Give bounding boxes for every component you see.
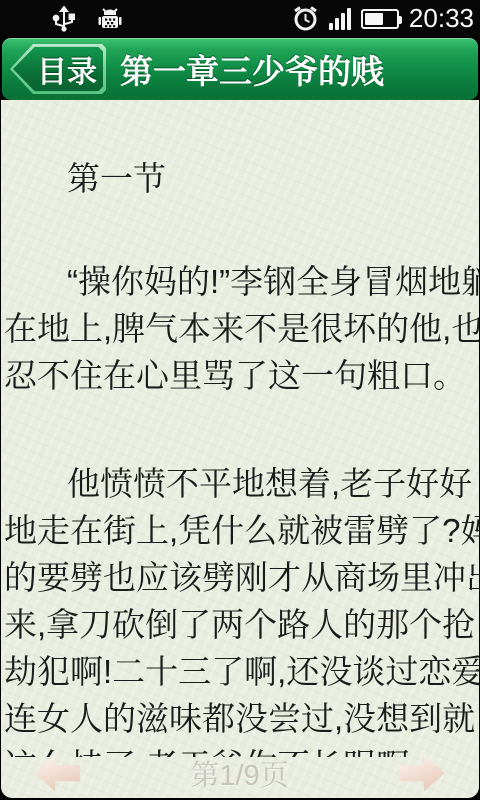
app-header: 目录 第一章三少爷的贱: [2, 38, 478, 100]
battery-fill: [365, 13, 383, 25]
text-line: 地走在街上,凭什么就被雷劈了?妈: [4, 507, 476, 554]
text-line: 连女人的滋味都没尝过,没想到就: [4, 695, 476, 742]
toc-button-label: 目录: [30, 43, 104, 95]
text-line: 他愤愤不平地想着,老子好好: [4, 460, 476, 507]
battery-icon: [361, 9, 399, 29]
text-line: 劫犯啊!二十三了啊,还没谈过恋爱,: [4, 648, 476, 695]
text-line: “操你妈的!”李钢全身冒烟地躺: [4, 258, 476, 305]
text-line: 的要劈也应该劈刚才从商场里冲出: [4, 554, 476, 601]
status-time: 20:33: [409, 3, 474, 34]
reader-page[interactable]: 第一节 “操你妈的!”李钢全身冒烟地躺在地上,脾气本来不是很坏的他,也忍不住在心…: [1, 100, 479, 798]
reader-text: 第一节 “操你妈的!”李钢全身冒烟地躺在地上,脾气本来不是很坏的他,也忍不住在心…: [1, 100, 479, 757]
prev-page-button[interactable]: [34, 755, 80, 792]
toc-back-button[interactable]: 目录: [10, 43, 106, 95]
alarm-clock-icon: [292, 5, 319, 32]
page-indicator: 第1/9页: [80, 753, 399, 794]
next-page-button[interactable]: [399, 755, 445, 792]
arrow-left-icon: [34, 755, 80, 792]
battery-nub: [399, 16, 402, 24]
arrow-right-icon: [399, 755, 445, 792]
section-heading: 第一节: [4, 155, 476, 202]
paragraphs-container: “操你妈的!”李钢全身冒烟地躺在地上,脾气本来不是很坏的他,也忍不住在心里骂了这…: [4, 258, 476, 757]
status-bar: 20:33: [0, 0, 480, 37]
text-line: 来,拿刀砍倒了两个路人的那个抢: [4, 601, 476, 648]
chapter-title: 第一章三少爷的贱: [120, 46, 384, 93]
text-line: 忍不住在心里骂了这一句粗口。: [4, 352, 476, 399]
paragraph: 他愤愤不平地想着,老子好好地走在街上,凭什么就被雷劈了?妈的要劈也应该劈刚才从商…: [4, 460, 476, 757]
android-debug-icon: [96, 6, 124, 32]
signal-strength-icon: [329, 8, 351, 30]
spacer: [4, 202, 476, 258]
usb-icon: [52, 6, 76, 32]
paragraph: “操你妈的!”李钢全身冒烟地躺在地上,脾气本来不是很坏的他,也忍不住在心里骂了这…: [4, 258, 476, 399]
text-line: 在地上,脾气本来不是很坏的他,也: [4, 305, 476, 352]
phone-screen: 20:33 目录 第一章三少爷的贱 第一节 “操你妈的!”李钢全身冒烟地躺在地上…: [0, 0, 480, 800]
page-navigation: 第1/9页: [1, 750, 479, 796]
